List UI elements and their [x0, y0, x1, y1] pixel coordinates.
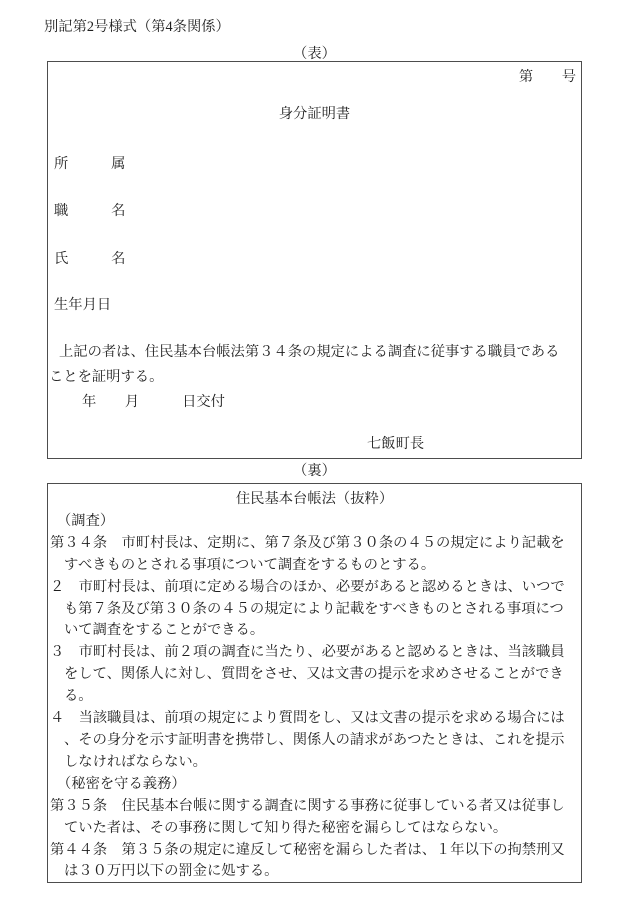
certificate-title: 身分証明書 — [48, 107, 581, 122]
issue-date-line: 年 月 日交付 — [82, 395, 225, 410]
law-line: ３ 市町村長は、前２項の調査に当たり、必要があると認めるときは、当該職員 — [50, 642, 579, 664]
field-birth-date: 生年月日 — [54, 298, 111, 313]
form-number-label: 別記第2号様式（第4条関係） — [44, 16, 230, 36]
law-section-heading: （秘密を守る義務） — [50, 774, 579, 796]
law-line: 第３５条 住民基本台帳に関する調査に関する事務に従事している者又は従事し — [50, 796, 579, 818]
statement-line-2: ことを証明する。 — [49, 370, 163, 385]
front-side-label: （表） — [47, 43, 582, 63]
document-page: 別記第2号様式（第4条関係） （表） 第 号 身分証明書 所 属 職 名 氏 名… — [0, 0, 630, 903]
law-title: 住民基本台帳法（抜粋） — [50, 489, 579, 511]
certificate-number-line: 第 号 — [519, 70, 576, 85]
statement-line-1: 上記の者は、住民基本台帳法第３４条の規定による調査に従事する職員である — [48, 345, 581, 360]
field-job-title: 職 名 — [54, 204, 125, 219]
law-line: 第４４条 第３５条の規定に違反して秘密を漏らした者は、１年以下の拘禁刑又 — [50, 840, 579, 862]
law-line: をして、関係人に対し、質問をさせ、又は文書の提示を求めさせることができ — [50, 664, 579, 686]
law-line: る。 — [50, 686, 579, 708]
front-card-box: 第 号 身分証明書 所 属 職 名 氏 名 生年月日 上記の者は、住民基本台帳法… — [47, 61, 582, 459]
back-side-label: （裏） — [47, 460, 582, 480]
law-line: しなければならない。 — [50, 752, 579, 774]
law-line: 、その身分を示す証明書を携帯し、関係人の請求があつたときは、これを提示 — [50, 730, 579, 752]
law-line: ２ 市町村長は、前項に定める場合のほか、必要があると認めるときは、いつで — [50, 577, 579, 599]
law-line: いて調査をすることができる。 — [50, 620, 579, 642]
field-affiliation: 所 属 — [54, 157, 125, 172]
field-name: 氏 名 — [54, 252, 125, 267]
law-line: ていた者は、その事務に関して知り得た秘密を漏らしてはならない。 — [50, 818, 579, 840]
law-line: 第３４条 市町村長は、定期に、第７条及び第３０条の４５の規定により記載を — [50, 533, 579, 555]
law-line: も第７条及び第３０条の４５の規定により記載をすべきものとされる事項につ — [50, 599, 579, 621]
law-line: ４ 当該職員は、前項の規定により質問をし、又は文書の提示を求める場合には — [50, 708, 579, 730]
law-section-heading: （調査） — [50, 511, 579, 533]
issuer-name: 七飯町長 — [367, 437, 424, 452]
back-card-box: 住民基本台帳法（抜粋） （調査） 第３４条 市町村長は、定期に、第７条及び第３０… — [47, 483, 582, 883]
law-line: すべきものとされる事項について調査をするものとする。 — [50, 555, 579, 577]
law-line: は３０万円以下の罰金に処する。 — [50, 861, 579, 883]
